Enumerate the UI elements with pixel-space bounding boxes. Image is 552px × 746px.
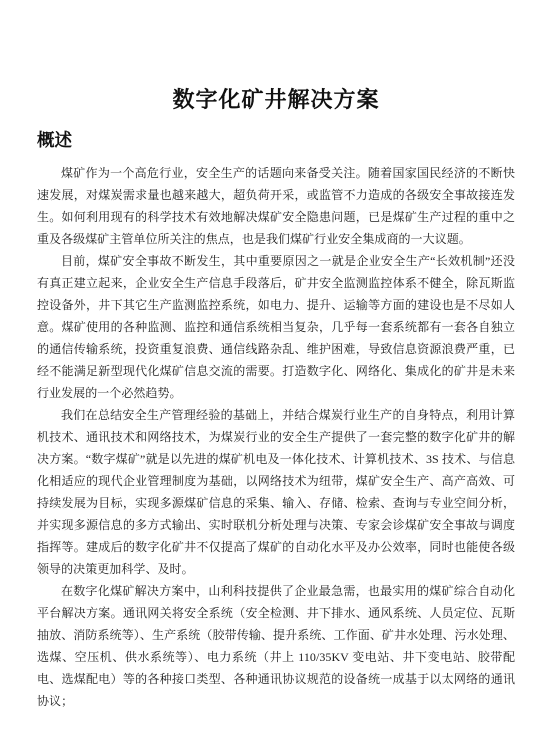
- paragraph: 煤矿作为一个高危行业，安全生产的话题向来备受关注。随着国家国民经济的不断快速发展…: [37, 162, 515, 250]
- document-title: 数字化矿井解决方案: [37, 86, 515, 113]
- document-body: 煤矿作为一个高危行业，安全生产的话题向来备受关注。随着国家国民经济的不断快速发展…: [37, 162, 515, 712]
- paragraph: 在数字化煤矿解决方案中，山利科技提供了企业最急需，也最实用的煤矿综合自动化平台解…: [37, 580, 515, 712]
- paragraph: 我们在总结安全生产管理经验的基础上，并结合煤炭行业生产的自身特点，利用计算机技术…: [37, 404, 515, 580]
- document-page: 数字化矿井解决方案 概述 煤矿作为一个高危行业，安全生产的话题向来备受关注。随着…: [0, 0, 552, 746]
- paragraph: 目前，煤矿安全事故不断发生，其中重要原因之一就是企业安全生产“长效机制”还没有真…: [37, 250, 515, 404]
- section-heading-overview: 概述: [37, 130, 515, 151]
